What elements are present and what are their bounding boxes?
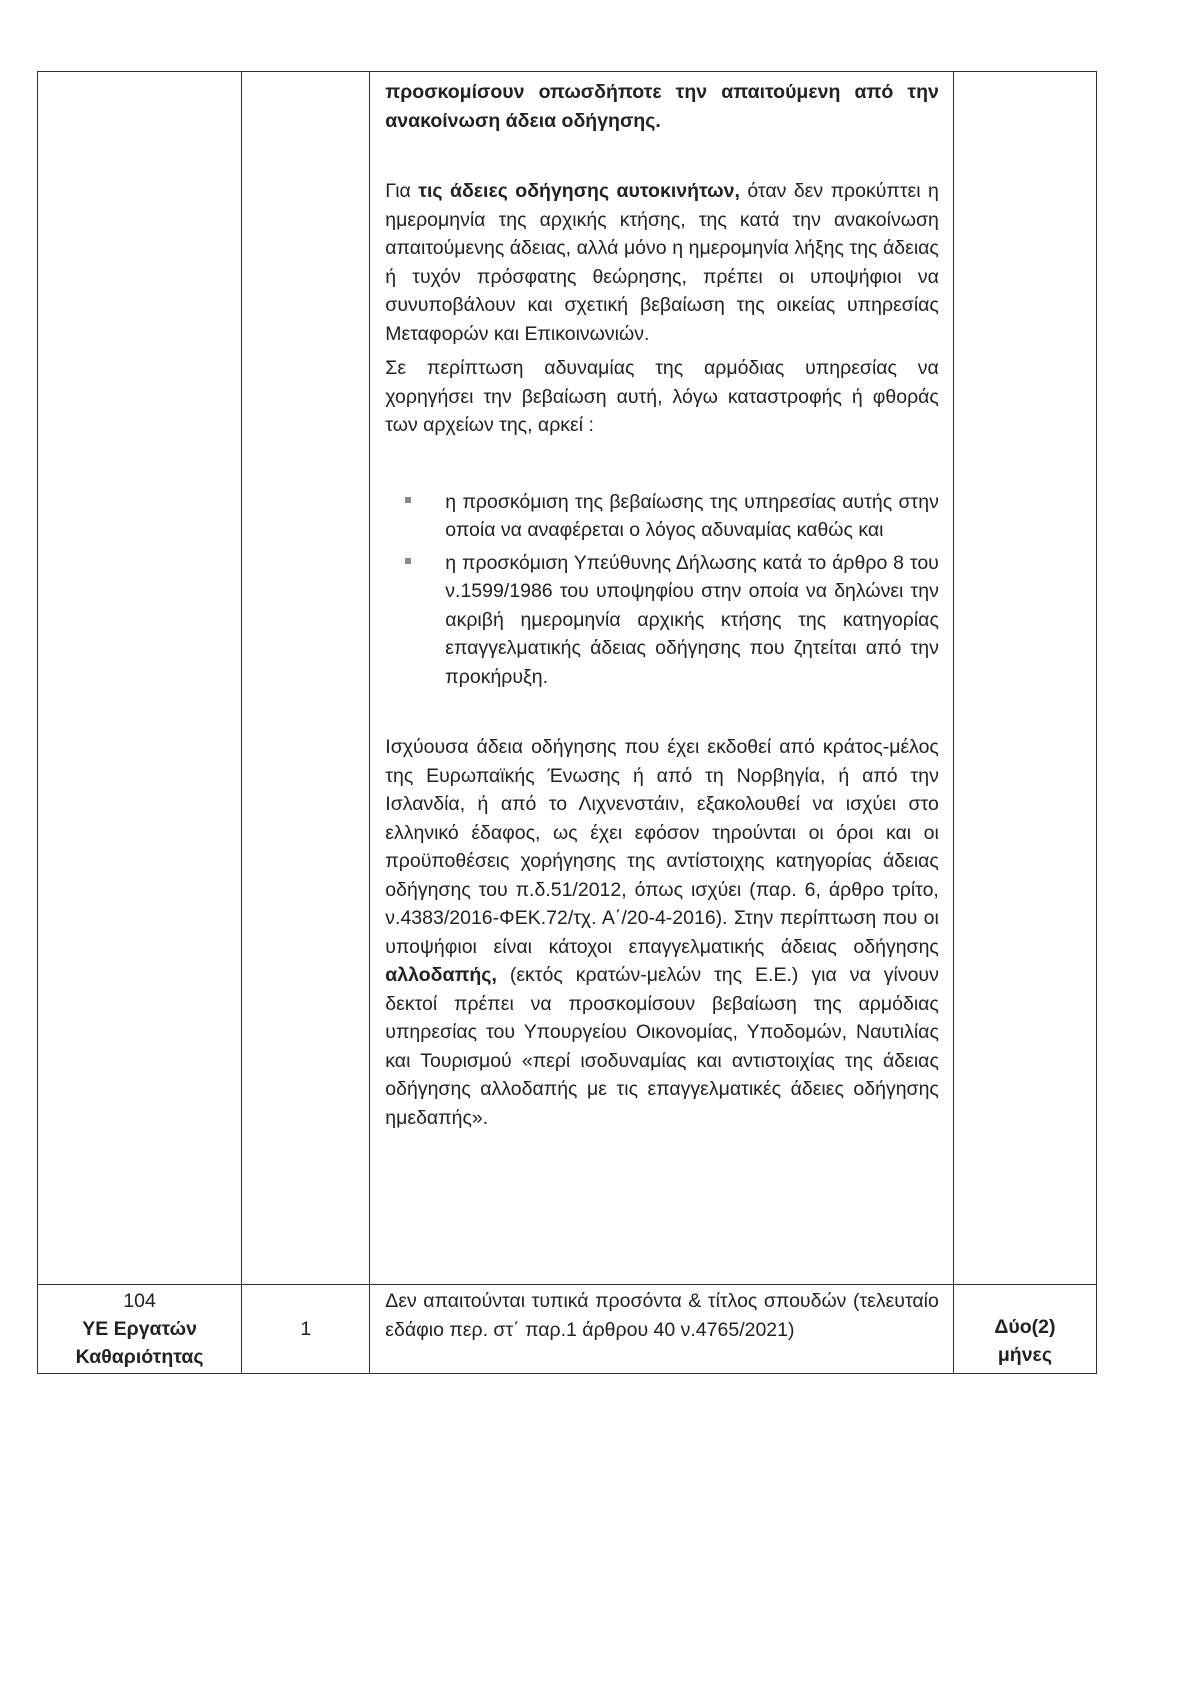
intro-text: προσκομίσουν οπωσδήποτε την απαιτούμενη … [385, 78, 939, 135]
inability-paragraph: Σε περίπτωση αδυναμίας της αρμόδιας υπηρ… [385, 354, 939, 440]
table-row: προσκομίσουν οπωσδήποτε την απαιτούμενη … [38, 72, 1097, 1285]
positions-table: προσκομίσουν οπωσδήποτε την απαιτούμενη … [37, 71, 1097, 1374]
car-license-paragraph: Για τις άδειες οδήγησης αυτοκινήτων, ότα… [385, 177, 939, 348]
count-cell: 1 [242, 1285, 370, 1374]
position-cell: 104 ΥΕ Εργατών Καθαριότητας [38, 1285, 242, 1374]
p3-bold: αλλοδαπής, [385, 964, 497, 986]
position-title-line1: ΥΕ Εργατών [38, 1315, 241, 1343]
list-item: η προσκόμιση Υπεύθυνης Δήλωσης κατά το ά… [445, 549, 939, 692]
list-item: η προσκόμιση της βεβαίωσης της υπηρεσίας… [445, 488, 939, 545]
p1-rest: όταν δεν προκύπτει η ημερομηνία της αρχι… [385, 180, 939, 345]
duration-cell: Δύο(2) μήνες [953, 1285, 1096, 1374]
requirements-list: η προσκόμιση της βεβαίωσης της υπηρεσίας… [385, 488, 939, 692]
eu-license-paragraph: Ισχύουσα άδεια οδήγησης που έχει εκδοθεί… [385, 733, 939, 1132]
table-row: 104 ΥΕ Εργατών Καθαριότητας 1 Δεν απαιτο… [38, 1285, 1097, 1374]
document-page: προσκομίσουν οπωσδήποτε την απαιτούμενη … [0, 0, 1200, 1697]
qualifications-cell: Δεν απαιτούνται τυπικά προσόντα & τίτλος… [370, 1285, 954, 1374]
position-title-line2: Καθαριότητας [38, 1343, 241, 1371]
position-count: 1 [242, 1285, 369, 1343]
p1-bold: τις άδειες οδήγησης αυτοκινήτων, [418, 180, 740, 202]
p3-part1: Ισχύουσα άδεια οδήγησης που έχει εκδοθεί… [385, 736, 939, 958]
position-cell [38, 72, 242, 1285]
duration-line2: μήνες [954, 1341, 1096, 1369]
p1-prefix: Για [385, 180, 418, 202]
duration-cell [953, 72, 1096, 1285]
duration-line1: Δύο(2) [954, 1313, 1096, 1341]
count-cell [242, 72, 370, 1285]
p3-part2: (εκτός κρατών-μελών της Ε.Ε.) για να γίν… [385, 964, 939, 1129]
position-code: 104 [38, 1287, 241, 1315]
qualifications-cell: προσκομίσουν οπωσδήποτε την απαιτούμενη … [370, 72, 954, 1285]
qualifications-text: Δεν απαιτούνται τυπικά προσόντα & τίτλος… [370, 1285, 953, 1344]
square-bullet-icon [405, 558, 411, 564]
square-bullet-icon [405, 497, 411, 503]
